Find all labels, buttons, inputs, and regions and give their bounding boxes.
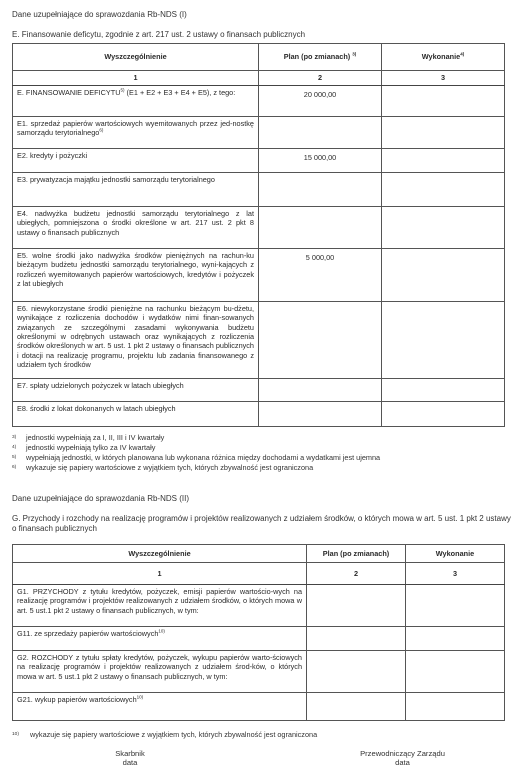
plan-cell[interactable]: 5 000,00 bbox=[259, 249, 382, 302]
signature-date-label: data bbox=[80, 758, 180, 767]
table-row-e5: E5. wolne środki jako nadwyżka środków p… bbox=[13, 249, 505, 302]
footnote: 4)jednostki wypełniają tylko za IV kwart… bbox=[12, 443, 155, 452]
table-row-g21: G21. wykup papierów wartościowych10) bbox=[13, 693, 505, 721]
execution-cell[interactable] bbox=[382, 86, 505, 117]
plan-cell[interactable] bbox=[259, 207, 382, 249]
plan-cell[interactable] bbox=[259, 402, 382, 427]
plan-cell[interactable] bbox=[307, 585, 406, 627]
table-row-e8: E8. środki z lokat dokonanych w latach u… bbox=[13, 402, 505, 427]
execution-cell[interactable] bbox=[382, 379, 505, 402]
column-header-description: Wyszczególnienie bbox=[13, 44, 259, 71]
column-number: 3 bbox=[382, 71, 505, 86]
execution-cell[interactable] bbox=[406, 693, 505, 721]
plan-cell[interactable]: 15 000,00 bbox=[259, 149, 382, 173]
column-number-row: 1 2 3 bbox=[13, 563, 505, 585]
signature-title: Skarbnik bbox=[80, 749, 180, 758]
row-description: E3. prywatyzacja majątku jednostki samor… bbox=[13, 173, 259, 207]
plan-cell[interactable] bbox=[307, 693, 406, 721]
column-number-row: 1 2 3 bbox=[13, 71, 505, 86]
plan-cell[interactable] bbox=[259, 173, 382, 207]
row-description: E8. środki z lokat dokonanych w latach u… bbox=[13, 402, 259, 427]
row-description: G21. wykup papierów wartościowych10) bbox=[13, 693, 307, 721]
table-row-e6: E6. niewykorzystane środki pieniężne na … bbox=[13, 302, 505, 379]
table-header-row: Wyszczególnienie Plan (po zmianach) 3) W… bbox=[13, 44, 505, 71]
table-row-e7: E7. spłaty udzielonych pożyczek w latach… bbox=[13, 379, 505, 402]
footnote: 6)wykazuje się papiery wartościowe z wyj… bbox=[12, 463, 313, 472]
row-description: E4. nadwyżka budżetu jednostki samorządu… bbox=[13, 207, 259, 249]
column-header-plan: Plan (po zmianach) 3) bbox=[259, 44, 382, 71]
table-row-e4: E4. nadwyżka budżetu jednostki samorządu… bbox=[13, 207, 505, 249]
plan-cell[interactable] bbox=[307, 627, 406, 651]
execution-cell[interactable] bbox=[406, 627, 505, 651]
column-number: 1 bbox=[13, 71, 259, 86]
section2-heading: Dane uzupełniające do sprawozdania Rb-ND… bbox=[12, 494, 189, 504]
execution-cell[interactable] bbox=[382, 173, 505, 207]
footnote: 3)jednostki wypełniają za I, II, III i I… bbox=[12, 433, 164, 442]
column-header-description: Wyszczególnienie bbox=[13, 545, 307, 563]
row-description: G2. ROZCHODY z tytułu spłaty kredytów, p… bbox=[13, 651, 307, 693]
column-number: 2 bbox=[259, 71, 382, 86]
signature-treasurer: Skarbnik data bbox=[80, 749, 180, 768]
execution-cell[interactable] bbox=[382, 302, 505, 379]
execution-cell[interactable] bbox=[406, 585, 505, 627]
section2-subheading: G. Przychody i rozchody na realizację pr… bbox=[12, 514, 512, 535]
signature-date-label: data bbox=[340, 758, 465, 767]
row-description: G11. ze sprzedaży papierów wartościowych… bbox=[13, 627, 307, 651]
column-header-execution: Wykonanie bbox=[406, 545, 505, 563]
execution-cell[interactable] bbox=[382, 207, 505, 249]
row-description: E1. sprzedaż papierów wartościowych wyem… bbox=[13, 117, 259, 149]
execution-cell[interactable] bbox=[406, 651, 505, 693]
section1-subheading: E. Finansowanie deficytu, zgodnie z art.… bbox=[12, 30, 305, 40]
row-description: E6. niewykorzystane środki pieniężne na … bbox=[13, 302, 259, 379]
deficit-financing-table: Wyszczególnienie Plan (po zmianach) 3) W… bbox=[12, 43, 505, 427]
plan-cell[interactable] bbox=[259, 302, 382, 379]
column-number: 2 bbox=[307, 563, 406, 585]
plan-cell[interactable] bbox=[259, 379, 382, 402]
table-row-e: E. FINANSOWANIE DEFICYTU5) (E1 + E2 + E3… bbox=[13, 86, 505, 117]
section1-heading: Dane uzupełniające do sprawozdania Rb-ND… bbox=[12, 10, 187, 20]
plan-cell[interactable] bbox=[307, 651, 406, 693]
plan-cell[interactable]: 20 000,00 bbox=[259, 86, 382, 117]
row-description: E7. spłaty udzielonych pożyczek w latach… bbox=[13, 379, 259, 402]
column-number: 1 bbox=[13, 563, 307, 585]
row-description: E2. kredyty i pożyczki bbox=[13, 149, 259, 173]
execution-cell[interactable] bbox=[382, 402, 505, 427]
table-row-e3: E3. prywatyzacja majątku jednostki samor… bbox=[13, 173, 505, 207]
execution-cell[interactable] bbox=[382, 149, 505, 173]
table-row-g1: G1. PRZYCHODY z tytułu kredytów, pożycze… bbox=[13, 585, 505, 627]
table-row-g11: G11. ze sprzedaży papierów wartościowych… bbox=[13, 627, 505, 651]
column-header-plan: Plan (po zmianach) bbox=[307, 545, 406, 563]
footnote: 10)wykazuje się papiery wartościowe z wy… bbox=[12, 730, 317, 739]
table-row-e1: E1. sprzedaż papierów wartościowych wyem… bbox=[13, 117, 505, 149]
execution-cell[interactable] bbox=[382, 117, 505, 149]
table-row-e2: E2. kredyty i pożyczki 15 000,00 bbox=[13, 149, 505, 173]
table-row-g2: G2. ROZCHODY z tytułu spłaty kredytów, p… bbox=[13, 651, 505, 693]
execution-cell[interactable] bbox=[382, 249, 505, 302]
row-description: E. FINANSOWANIE DEFICYTU5) (E1 + E2 + E3… bbox=[13, 86, 259, 117]
signature-board-chairman: Przewodniczący Zarządu data bbox=[340, 749, 465, 768]
footnote: 5)wypełniają jednostki, w których planow… bbox=[12, 453, 380, 462]
programs-revenue-expenditure-table: Wyszczególnienie Plan (po zmianach) Wyko… bbox=[12, 544, 505, 721]
column-number: 3 bbox=[406, 563, 505, 585]
column-header-execution: Wykonanie4) bbox=[382, 44, 505, 71]
table-header-row: Wyszczególnienie Plan (po zmianach) Wyko… bbox=[13, 545, 505, 563]
row-description: E5. wolne środki jako nadwyżka środków p… bbox=[13, 249, 259, 302]
plan-cell[interactable] bbox=[259, 117, 382, 149]
signature-title: Przewodniczący Zarządu bbox=[340, 749, 465, 758]
row-description: G1. PRZYCHODY z tytułu kredytów, pożycze… bbox=[13, 585, 307, 627]
